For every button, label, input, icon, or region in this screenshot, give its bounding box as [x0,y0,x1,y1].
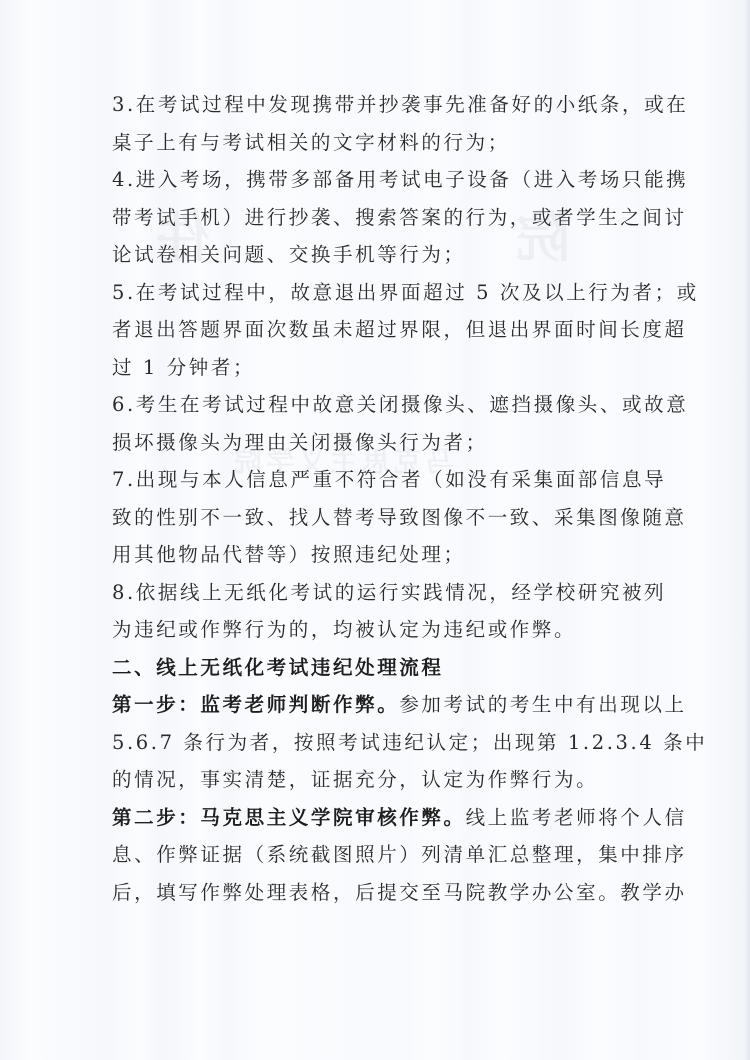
text-line: 后，填写作弊处理表格，后提交至马院教学办公室。教学办 [112,874,652,912]
step-1-paragraph: 第一步：监考老师判断作弊。参加考试的考生中有出现以上 5.6.7 条行为者，按照… [112,686,652,799]
step-2-paragraph: 第二步：马克思主义学院审核作弊。线上监考老师将个人信 息、作弊证据（系统截图照片… [112,799,652,912]
section-heading: 二、线上无纸化考试违纪处理流程 [112,649,652,687]
text-line: 5.在考试过程中，故意退出界面超过 5 次及以上行为者；或 [112,274,652,312]
page-edge-shadow [744,0,750,1060]
text-line: 5.6.7 条行为者，按照考试违纪认定；出现第 1.2.3.4 条中 [112,724,652,762]
text-line: 论试卷相关问题、交换手机等行为； [112,236,652,274]
text-line: 用其他物品代替等）按照违纪处理； [112,536,652,574]
text-line: 带考试手机）进行抄袭、搜索答案的行为，或者学生之间讨 [112,199,652,237]
text-line: 第一步：监考老师判断作弊。参加考试的考生中有出现以上 [112,686,652,724]
scanned-page: 院 件 马克思主义学院 3.在考试过程中发现携带并抄袭事先准备好的小纸条，或在 … [0,0,750,1060]
text-line: 损坏摄像头为理由关闭摄像头行为者； [112,424,652,462]
paragraph-item-5: 5.在考试过程中，故意退出界面超过 5 次及以上行为者；或 者退出答题界面次数虽… [112,274,652,387]
text-line: 的情况，事实清楚，证据充分，认定为作弊行为。 [112,761,652,799]
step-1-text: 参加考试的考生中有出现以上 [399,693,686,716]
text-line: 息、作弊证据（系统截图照片）列清单汇总整理，集中排序 [112,836,652,874]
text-line: 7.出现与本人信息严重不符合者（如没有采集面部信息导 [112,461,652,499]
text-line: 致的性别不一致、找人替考导致图像不一致、采集图像随意 [112,499,652,537]
step-2-text: 线上监考老师将个人信 [466,806,687,829]
paragraph-item-3: 3.在考试过程中发现携带并抄袭事先准备好的小纸条，或在 桌子上有与考试相关的文字… [112,86,652,161]
step-1-label: 第一步：监考老师判断作弊。 [112,693,399,716]
text-line: 者退出答题界面次数虽未超过界限，但退出界面时间长度超 [112,311,652,349]
text-line: 4.进入考场，携带多部备用考试电子设备（进入考场只能携 [112,161,652,199]
step-2-label: 第二步：马克思主义学院审核作弊。 [112,806,466,829]
paragraph-item-8: 8.依据线上无纸化考试的运行实践情况，经学校研究被列 为违纪或作弊行为的，均被认… [112,574,652,649]
text-line: 6.考生在考试过程中故意关闭摄像头、遮挡摄像头、或故意 [112,386,652,424]
text-line: 8.依据线上无纸化考试的运行实践情况，经学校研究被列 [112,574,652,612]
paragraph-item-4: 4.进入考场，携带多部备用考试电子设备（进入考场只能携 带考试手机）进行抄袭、搜… [112,161,652,274]
paragraph-item-7: 7.出现与本人信息严重不符合者（如没有采集面部信息导 致的性别不一致、找人替考导… [112,461,652,574]
text-line: 桌子上有与考试相关的文字材料的行为； [112,124,652,162]
text-line: 第二步：马克思主义学院审核作弊。线上监考老师将个人信 [112,799,652,837]
text-line: 过 1 分钟者； [112,349,652,387]
document-body: 3.在考试过程中发现携带并抄袭事先准备好的小纸条，或在 桌子上有与考试相关的文字… [112,86,652,911]
text-line: 为违纪或作弊行为的，均被认定为违纪或作弊。 [112,611,652,649]
text-line: 3.在考试过程中发现携带并抄袭事先准备好的小纸条，或在 [112,86,652,124]
paragraph-item-6: 6.考生在考试过程中故意关闭摄像头、遮挡摄像头、或故意 损坏摄像头为理由关闭摄像… [112,386,652,461]
